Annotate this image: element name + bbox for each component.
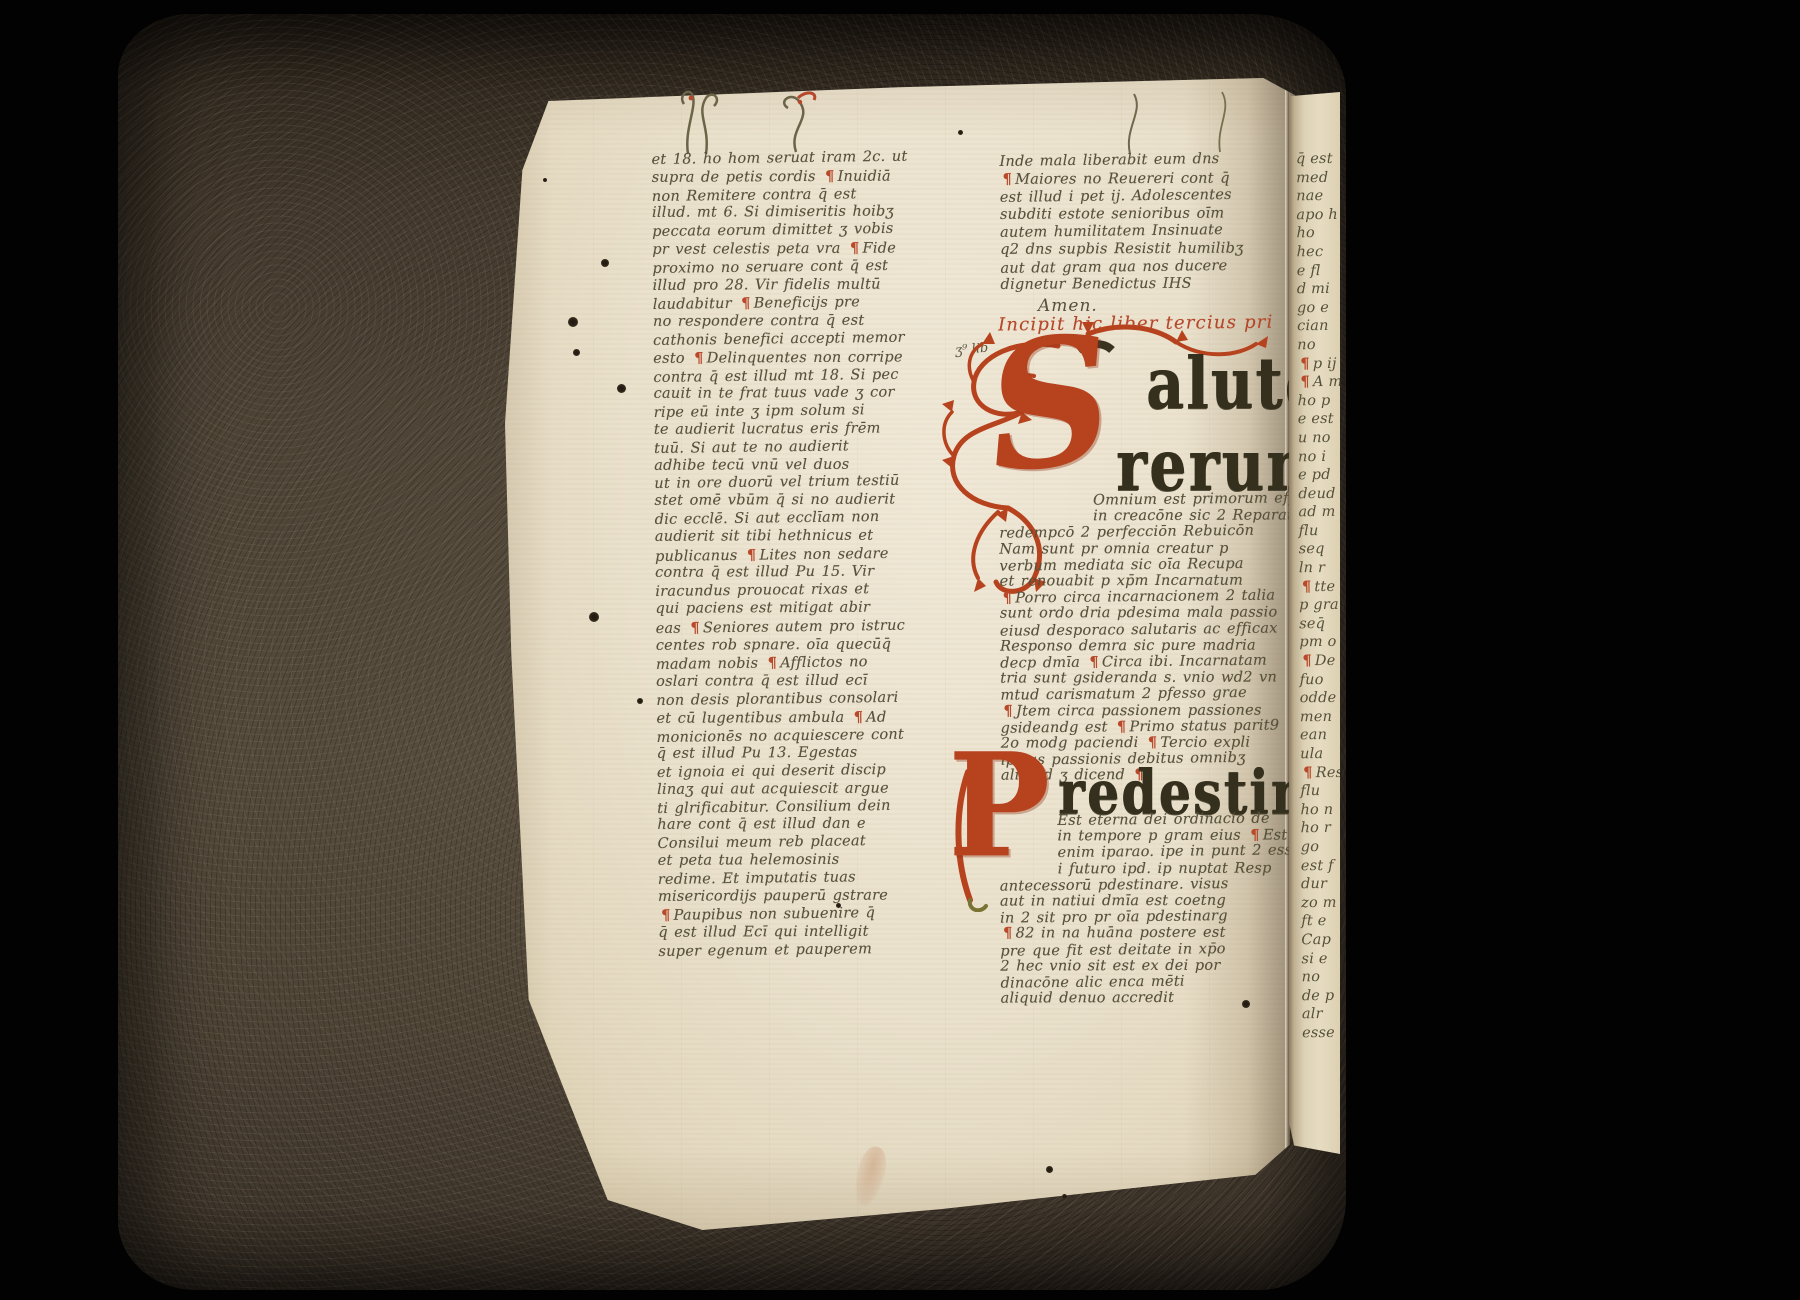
text-line: cian [1297,317,1340,336]
text-line: non desis plorantibus consolari [656,689,956,711]
text-line: redempcō 2 perfecciōn Rebuicōn [999,523,1294,543]
paraph-mark: ¶ [1300,373,1310,390]
text-line: ad m [1298,503,1340,522]
text-column-1: et 18. ho hom seruat iram 2c. utsupra de… [651,149,958,961]
text-line: ¶A m [1297,373,1340,392]
ascender-flourish-right [1100,86,1290,156]
text-line: tuū. Si aut te no audierit [654,437,954,459]
text-line: ho p [1298,392,1340,411]
text-line: no [1297,336,1340,355]
next-leaf-sliver: q̄ estmednaeapo hhohece fld migo ecianno… [1289,92,1340,1154]
paraph-mark: ¶ [1302,652,1312,669]
decorated-initial-s: S [979,310,1121,497]
paraph-mark: ¶ [850,240,860,257]
text-line: ¶Jtem circa passionem passiones [1000,702,1295,719]
text-line: flu [1298,522,1340,541]
paraph-mark: ¶ [741,295,751,312]
text-line: est f [1301,856,1340,875]
wormhole [589,612,599,622]
paraph-mark: ¶ [1303,764,1313,781]
text-line: no i [1298,447,1340,466]
paraph-mark: ¶ [1250,827,1260,844]
ascender-flourish-left [648,88,938,156]
text-line: ft e [1301,912,1340,931]
text-line: i futuro ipd. ip nuptat Resp [1000,860,1295,877]
text-line: deud [1298,484,1340,503]
text-line: ¶82 in na huāna postere est [1000,925,1295,942]
speck [1062,1194,1067,1199]
text-line: flu [1300,782,1340,801]
text-line: Cap [1301,931,1340,950]
text-line: ean [1300,726,1340,745]
paraph-mark: ¶ [854,708,864,725]
text-line: esse [1302,1024,1340,1043]
text-line: q2 dns supbis Resistit humilibʒ [1000,240,1295,259]
paraph-mark: ¶ [694,349,704,366]
text-column-2-upper: Inde mala liberabit eum dns¶Maiores no R… [999,151,1295,295]
text-line: ¶tte [1299,577,1340,596]
text-column-2-lower: Est eterna dei ordinacio dein tempore p … [999,811,1295,1007]
speck [543,178,547,182]
text-line: men [1300,708,1340,727]
text-line: enim iparao. ipe in punt 2 esse [1000,843,1295,863]
text-line: aliquid denuo accredit [1001,990,1296,1007]
text-line: go e [1297,299,1340,318]
paraph-mark: ¶ [1003,702,1013,719]
paraph-mark: ¶ [1003,925,1013,942]
paraph-mark: ¶ [1302,578,1312,595]
text-line: e est [1298,410,1340,429]
wormhole [568,317,578,327]
text-line: seq [1299,540,1340,559]
speck [1046,1166,1053,1173]
text-line: ula [1300,745,1340,764]
text-line: pr vest celestis peta vra ¶Fide [652,239,952,259]
text-line: esto ¶Delinquentes non corripe [653,348,953,368]
text-line: q̄ est [1296,150,1340,169]
paraph-mark: ¶ [768,655,778,672]
text-line: eiusd desporaco salutaris ac efficax [1000,620,1295,640]
text-line: dignetur Benedictus IHS [1000,275,1295,294]
text-line: mtud carismatum 2 pfesso grae [1000,685,1295,705]
text-line: sunt ordo dria pdesima mala passio [1000,605,1295,622]
text-line: no [1302,968,1340,987]
text-line: go [1301,838,1340,857]
text-line: ¶De [1299,652,1340,671]
paraph-mark: ¶ [825,168,835,185]
text-line: proximo no seruare cont q̄ est [652,257,952,279]
paraph-mark: ¶ [1089,654,1099,671]
wormhole [573,349,580,356]
text-line: med [1296,168,1340,187]
text-line: fuo [1300,670,1340,689]
paraph-mark: ¶ [1003,590,1013,607]
text-line: zo m [1301,894,1340,913]
paraph-mark: ¶ [1148,734,1158,751]
text-line: pm o [1299,633,1340,652]
text-line: de p [1302,986,1340,1005]
text-line: seq̄ [1299,615,1340,634]
text-line: dur [1301,875,1340,894]
text-line: ho r [1301,819,1340,838]
wormhole [601,259,609,267]
text-line: d mi [1297,280,1340,299]
text-line: odde [1300,689,1340,708]
text-line: nae [1296,187,1340,206]
text-line: super egenum et pauperem [658,940,958,962]
text-line: e fl [1297,261,1340,280]
paraph-mark: ¶ [661,907,671,924]
speck [836,903,841,908]
text-line: si e [1301,949,1340,968]
text-line: eas ¶Seniores autem pro istruc [656,616,956,639]
wormhole [1242,1000,1250,1008]
text-line: supra de petis cordis ¶Inuidiā [652,167,952,187]
text-line: ln r [1299,559,1340,578]
sliver-text: q̄ estmednaeapo hhohece fld migo ecianno… [1296,150,1340,1043]
text-line: ho n [1300,801,1340,820]
wormhole [617,384,626,393]
text-line: alr [1302,1005,1340,1024]
text-line: hec [1297,243,1340,262]
text-line: p gra [1299,596,1340,615]
text-line: et cū lugentibus ambula ¶Ad [656,708,956,728]
text-line: redime. Et imputatis tuas [658,868,958,890]
text-line: e pd [1298,466,1340,485]
paraph-mark: ¶ [690,619,700,636]
speck [958,130,963,135]
text-line: audierit sit tibi hethnicus et [655,527,955,546]
manuscript-photograph: et 18. ho hom seruat iram 2c. utsupra de… [0,0,1800,1300]
text-line: ho [1296,224,1340,243]
text-line: ¶Resp [1300,763,1340,782]
paraph-mark: ¶ [1003,170,1013,187]
wormhole [637,698,643,704]
paraph-mark: ¶ [1117,718,1127,735]
text-line: linaʒ qui aut acquiescit argue [657,780,957,799]
paraph-mark: ¶ [1300,355,1310,372]
text-line: Inde mala liberabit eum dns [999,150,1294,171]
text-line: pre que fit est deitate in xp̄o [1000,940,1295,960]
text-line: ¶p ij [1297,354,1340,373]
paraph-mark: ¶ [747,546,757,563]
text-line: u no [1298,429,1340,448]
text-line: apo h [1296,206,1340,225]
heading-word-1: alutē [1146,342,1294,425]
text-line: Nam sunt pr omnia creatur p [999,540,1294,557]
